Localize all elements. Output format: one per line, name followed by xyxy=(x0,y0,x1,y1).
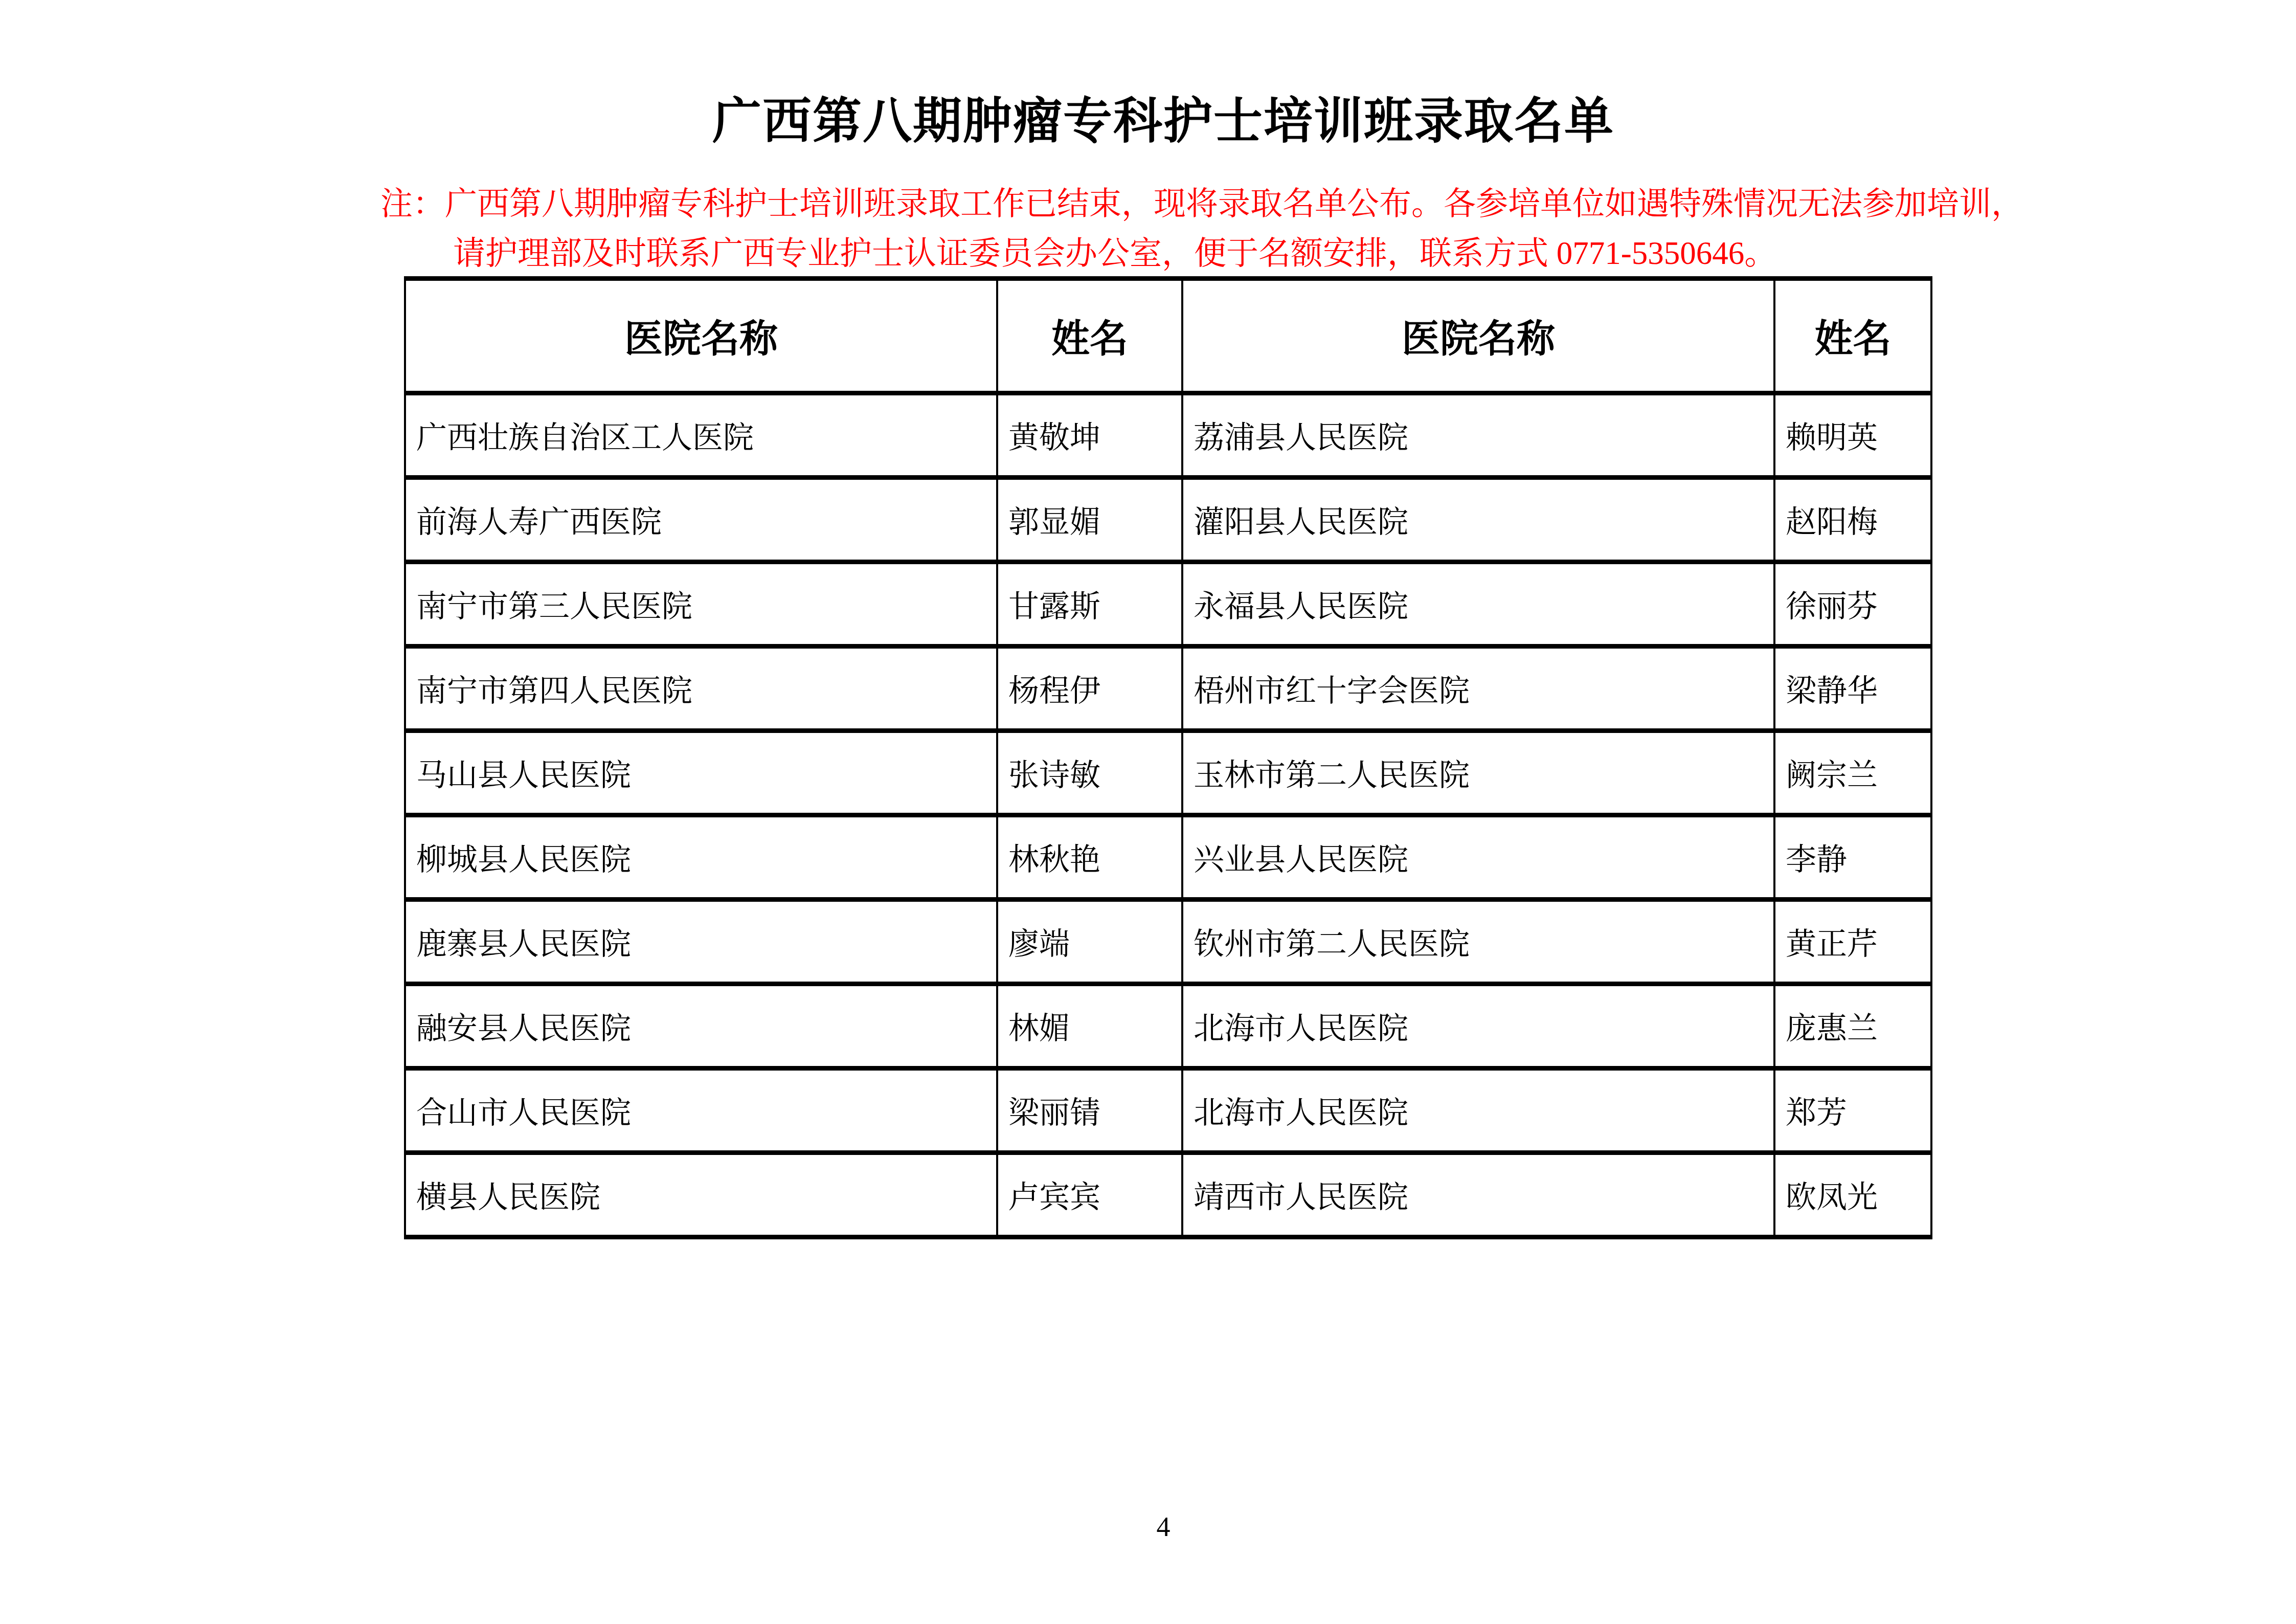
cell-hospital: 鹿寨县人民医院 xyxy=(405,900,997,984)
document-page: 广西第八期肿瘤专科护士培训班录取名单 注：广西第八期肿瘤专科护士培训班录取工作已… xyxy=(0,0,2296,1624)
table-row: 南宁市第三人民医院 甘露斯 永福县人民医院 徐丽芬 xyxy=(405,562,1931,647)
cell-name: 梁静华 xyxy=(1774,647,1931,731)
cell-hospital: 梧州市红十字会医院 xyxy=(1182,647,1774,731)
admission-note: 注：广西第八期肿瘤专科护士培训班录取工作已结束，现将录取名单公布。各参培单位如遇… xyxy=(380,179,2099,278)
table-row: 横县人民医院 卢宾宾 靖西市人民医院 欧凤光 xyxy=(405,1153,1931,1237)
cell-hospital: 横县人民医院 xyxy=(405,1153,997,1237)
cell-hospital: 兴业县人民医院 xyxy=(1182,815,1774,900)
table-row: 合山市人民医院 梁丽锖 北海市人民医院 郑芳 xyxy=(405,1069,1931,1153)
cell-hospital: 灌阳县人民医院 xyxy=(1182,478,1774,562)
cell-name: 卢宾宾 xyxy=(997,1153,1182,1237)
col-header-name-left: 姓名 xyxy=(997,279,1182,393)
table-row: 柳城县人民医院 林秋艳 兴业县人民医院 李静 xyxy=(405,815,1931,900)
admission-table: 医院名称 姓名 医院名称 姓名 广西壮族自治区工人医院 黄敬坤 荔浦县人民医院 … xyxy=(404,276,1932,1239)
cell-name: 阙宗兰 xyxy=(1774,731,1931,815)
cell-hospital: 北海市人民医院 xyxy=(1182,984,1774,1069)
cell-name: 郑芳 xyxy=(1774,1069,1931,1153)
cell-name: 赵阳梅 xyxy=(1774,478,1931,562)
page-number: 4 xyxy=(31,1510,2296,1544)
cell-hospital: 北海市人民医院 xyxy=(1182,1069,1774,1153)
cell-name: 林秋艳 xyxy=(997,815,1182,900)
cell-name: 林媚 xyxy=(997,984,1182,1069)
table-row: 前海人寿广西医院 郭显媚 灌阳县人民医院 赵阳梅 xyxy=(405,478,1931,562)
table-header-row: 医院名称 姓名 医院名称 姓名 xyxy=(405,279,1931,393)
table-row: 广西壮族自治区工人医院 黄敬坤 荔浦县人民医院 赖明英 xyxy=(405,393,1931,478)
cell-hospital: 荔浦县人民医院 xyxy=(1182,393,1774,478)
page-title: 广西第八期肿瘤专科护士培训班录取名单 xyxy=(31,93,2296,149)
note-line-2: 请护理部及时联系广西专业护士认证委员会办公室，便于名额安排，联系方式 0771-… xyxy=(453,229,2099,278)
cell-hospital: 合山市人民医院 xyxy=(405,1069,997,1153)
cell-hospital: 玉林市第二人民医院 xyxy=(1182,731,1774,815)
cell-hospital: 马山县人民医院 xyxy=(405,731,997,815)
cell-hospital: 融安县人民医院 xyxy=(405,984,997,1069)
cell-name: 李静 xyxy=(1774,815,1931,900)
cell-name: 欧凤光 xyxy=(1774,1153,1931,1237)
cell-hospital: 钦州市第二人民医院 xyxy=(1182,900,1774,984)
cell-hospital: 前海人寿广西医院 xyxy=(405,478,997,562)
cell-hospital: 永福县人民医院 xyxy=(1182,562,1774,647)
cell-name: 梁丽锖 xyxy=(997,1069,1182,1153)
cell-name: 黄正芹 xyxy=(1774,900,1931,984)
cell-name: 黄敬坤 xyxy=(997,393,1182,478)
cell-hospital: 南宁市第四人民医院 xyxy=(405,647,997,731)
cell-name: 张诗敏 xyxy=(997,731,1182,815)
cell-name: 甘露斯 xyxy=(997,562,1182,647)
cell-name: 庞惠兰 xyxy=(1774,984,1931,1069)
col-header-hospital-right: 医院名称 xyxy=(1182,279,1774,393)
cell-hospital: 靖西市人民医院 xyxy=(1182,1153,1774,1237)
cell-name: 郭显媚 xyxy=(997,478,1182,562)
table-row: 南宁市第四人民医院 杨程伊 梧州市红十字会医院 梁静华 xyxy=(405,647,1931,731)
table-row: 融安县人民医院 林媚 北海市人民医院 庞惠兰 xyxy=(405,984,1931,1069)
cell-name: 廖端 xyxy=(997,900,1182,984)
cell-hospital: 广西壮族自治区工人医院 xyxy=(405,393,997,478)
col-header-name-right: 姓名 xyxy=(1774,279,1931,393)
cell-hospital: 柳城县人民医院 xyxy=(405,815,997,900)
cell-hospital: 南宁市第三人民医院 xyxy=(405,562,997,647)
col-header-hospital-left: 医院名称 xyxy=(405,279,997,393)
cell-name: 杨程伊 xyxy=(997,647,1182,731)
table-row: 鹿寨县人民医院 廖端 钦州市第二人民医院 黄正芹 xyxy=(405,900,1931,984)
note-line-1: 注：广西第八期肿瘤专科护士培训班录取工作已结束，现将录取名单公布。各参培单位如遇… xyxy=(380,179,2099,229)
cell-name: 徐丽芬 xyxy=(1774,562,1931,647)
table-row: 马山县人民医院 张诗敏 玉林市第二人民医院 阙宗兰 xyxy=(405,731,1931,815)
cell-name: 赖明英 xyxy=(1774,393,1931,478)
